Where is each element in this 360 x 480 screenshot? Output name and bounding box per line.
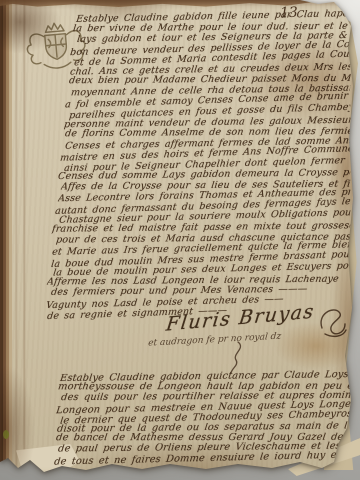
- pen-squiggle-icon: [218, 340, 248, 376]
- paper: 13 Establye Claudine gabidon fille ieune…: [0, 0, 360, 480]
- manuscript-page: 13 Establye Claudine gabidon fille ieune…: [0, 0, 360, 480]
- photo-background: 13 Establye Claudine gabidon fille ieune…: [0, 0, 360, 480]
- second-text-block: Establye Claudine gabidon quictance par …: [0, 0, 360, 480]
